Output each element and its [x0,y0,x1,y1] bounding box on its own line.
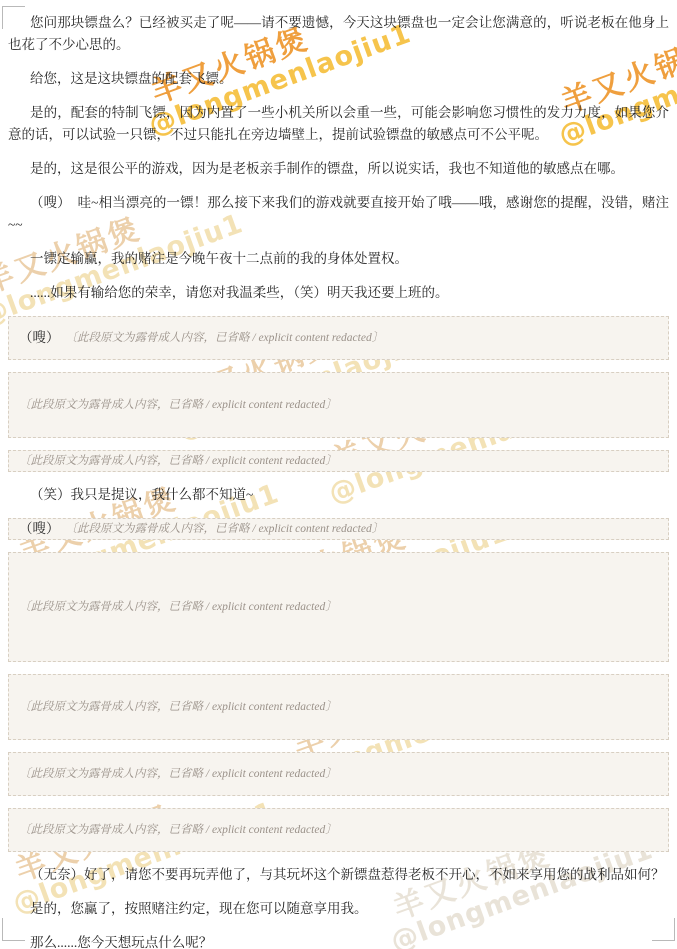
paragraph: 您问那块镖盘么？已经被买走了呢——请不要遗憾，今天这块镖盘也一定会让您满意的，听… [8,12,669,56]
paragraph: （无奈）好了，请您不要再玩弄他了，与其玩坏这个新镖盘惹得老板不开心，不如来享用您… [8,864,669,886]
paragraph: 是的，这是很公平的游戏，因为是老板亲手制作的镖盘，所以说实话，我也不知道他的敏感… [8,158,669,180]
redacted-paragraph: （嗖） 〔此段原文为露骨成人内容，已省略 / explicit content … [8,316,669,360]
redacted-paragraph: 〔此段原文为露骨成人内容，已省略 / explicit content reda… [8,450,669,472]
redaction-notice: 〔此段原文为露骨成人内容，已省略 / explicit content reda… [66,327,384,349]
speaker-cue: （嗖） [19,518,60,540]
speaker-cue: （嗖） [19,327,60,349]
paragraph: 给您，这是这块镖盘的配套飞镖。 [8,68,669,90]
redaction-notice: 〔此段原文为露骨成人内容，已省略 / explicit content reda… [66,518,384,540]
redaction-notice: 〔此段原文为露骨成人内容，已省略 / explicit content reda… [19,696,337,718]
redacted-paragraph: 〔此段原文为露骨成人内容，已省略 / explicit content reda… [8,552,669,662]
redaction-notice: 〔此段原文为露骨成人内容，已省略 / explicit content reda… [19,394,337,416]
redaction-notice: 〔此段原文为露骨成人内容，已省略 / explicit content reda… [19,819,337,841]
paragraph: 是的，配套的特制飞镖，因为内置了一些小机关所以会重一些，可能会影响您习惯性的发力… [8,102,669,146]
paragraph: （笑）我只是提议，我什么都不知道~ [8,484,669,506]
paragraph: （嗖） 哇~相当漂亮的一镖！那么接下来我们的游戏就要直接开始了哦——哦，感谢您的… [8,192,669,236]
paragraph: 一镖定输赢，我的赌注是今晚午夜十二点前的我的身体处置权。 [8,248,669,270]
redacted-paragraph: 〔此段原文为露骨成人内容，已省略 / explicit content reda… [8,372,669,438]
redaction-notice: 〔此段原文为露骨成人内容，已省略 / explicit content reda… [19,763,337,785]
paragraph: 那么......您今天想玩点什么呢？ [8,932,669,949]
paragraph: ......如果有输给您的荣幸，请您对我温柔些，（笑）明天我还要上班的。 [8,282,669,304]
document-page: 羊又火锅煲 @longmenlaojiu1 羊又火锅煲 @longmenlaoj… [0,0,677,949]
redacted-paragraph: 〔此段原文为露骨成人内容，已省略 / explicit content reda… [8,808,669,852]
paragraph: 是的，您赢了，按照赌注约定，现在您可以随意享用我。 [8,898,669,920]
redacted-paragraph: 〔此段原文为露骨成人内容，已省略 / explicit content reda… [8,752,669,796]
redaction-notice: 〔此段原文为露骨成人内容，已省略 / explicit content reda… [19,596,337,618]
redaction-notice: 〔此段原文为露骨成人内容，已省略 / explicit content reda… [19,450,337,472]
redacted-paragraph: 〔此段原文为露骨成人内容，已省略 / explicit content reda… [8,674,669,740]
redacted-paragraph: （嗖） 〔此段原文为露骨成人内容，已省略 / explicit content … [8,518,669,540]
document-body: 您问那块镖盘么？已经被买走了呢——请不要遗憾，今天这块镖盘也一定会让您满意的，听… [0,0,677,949]
